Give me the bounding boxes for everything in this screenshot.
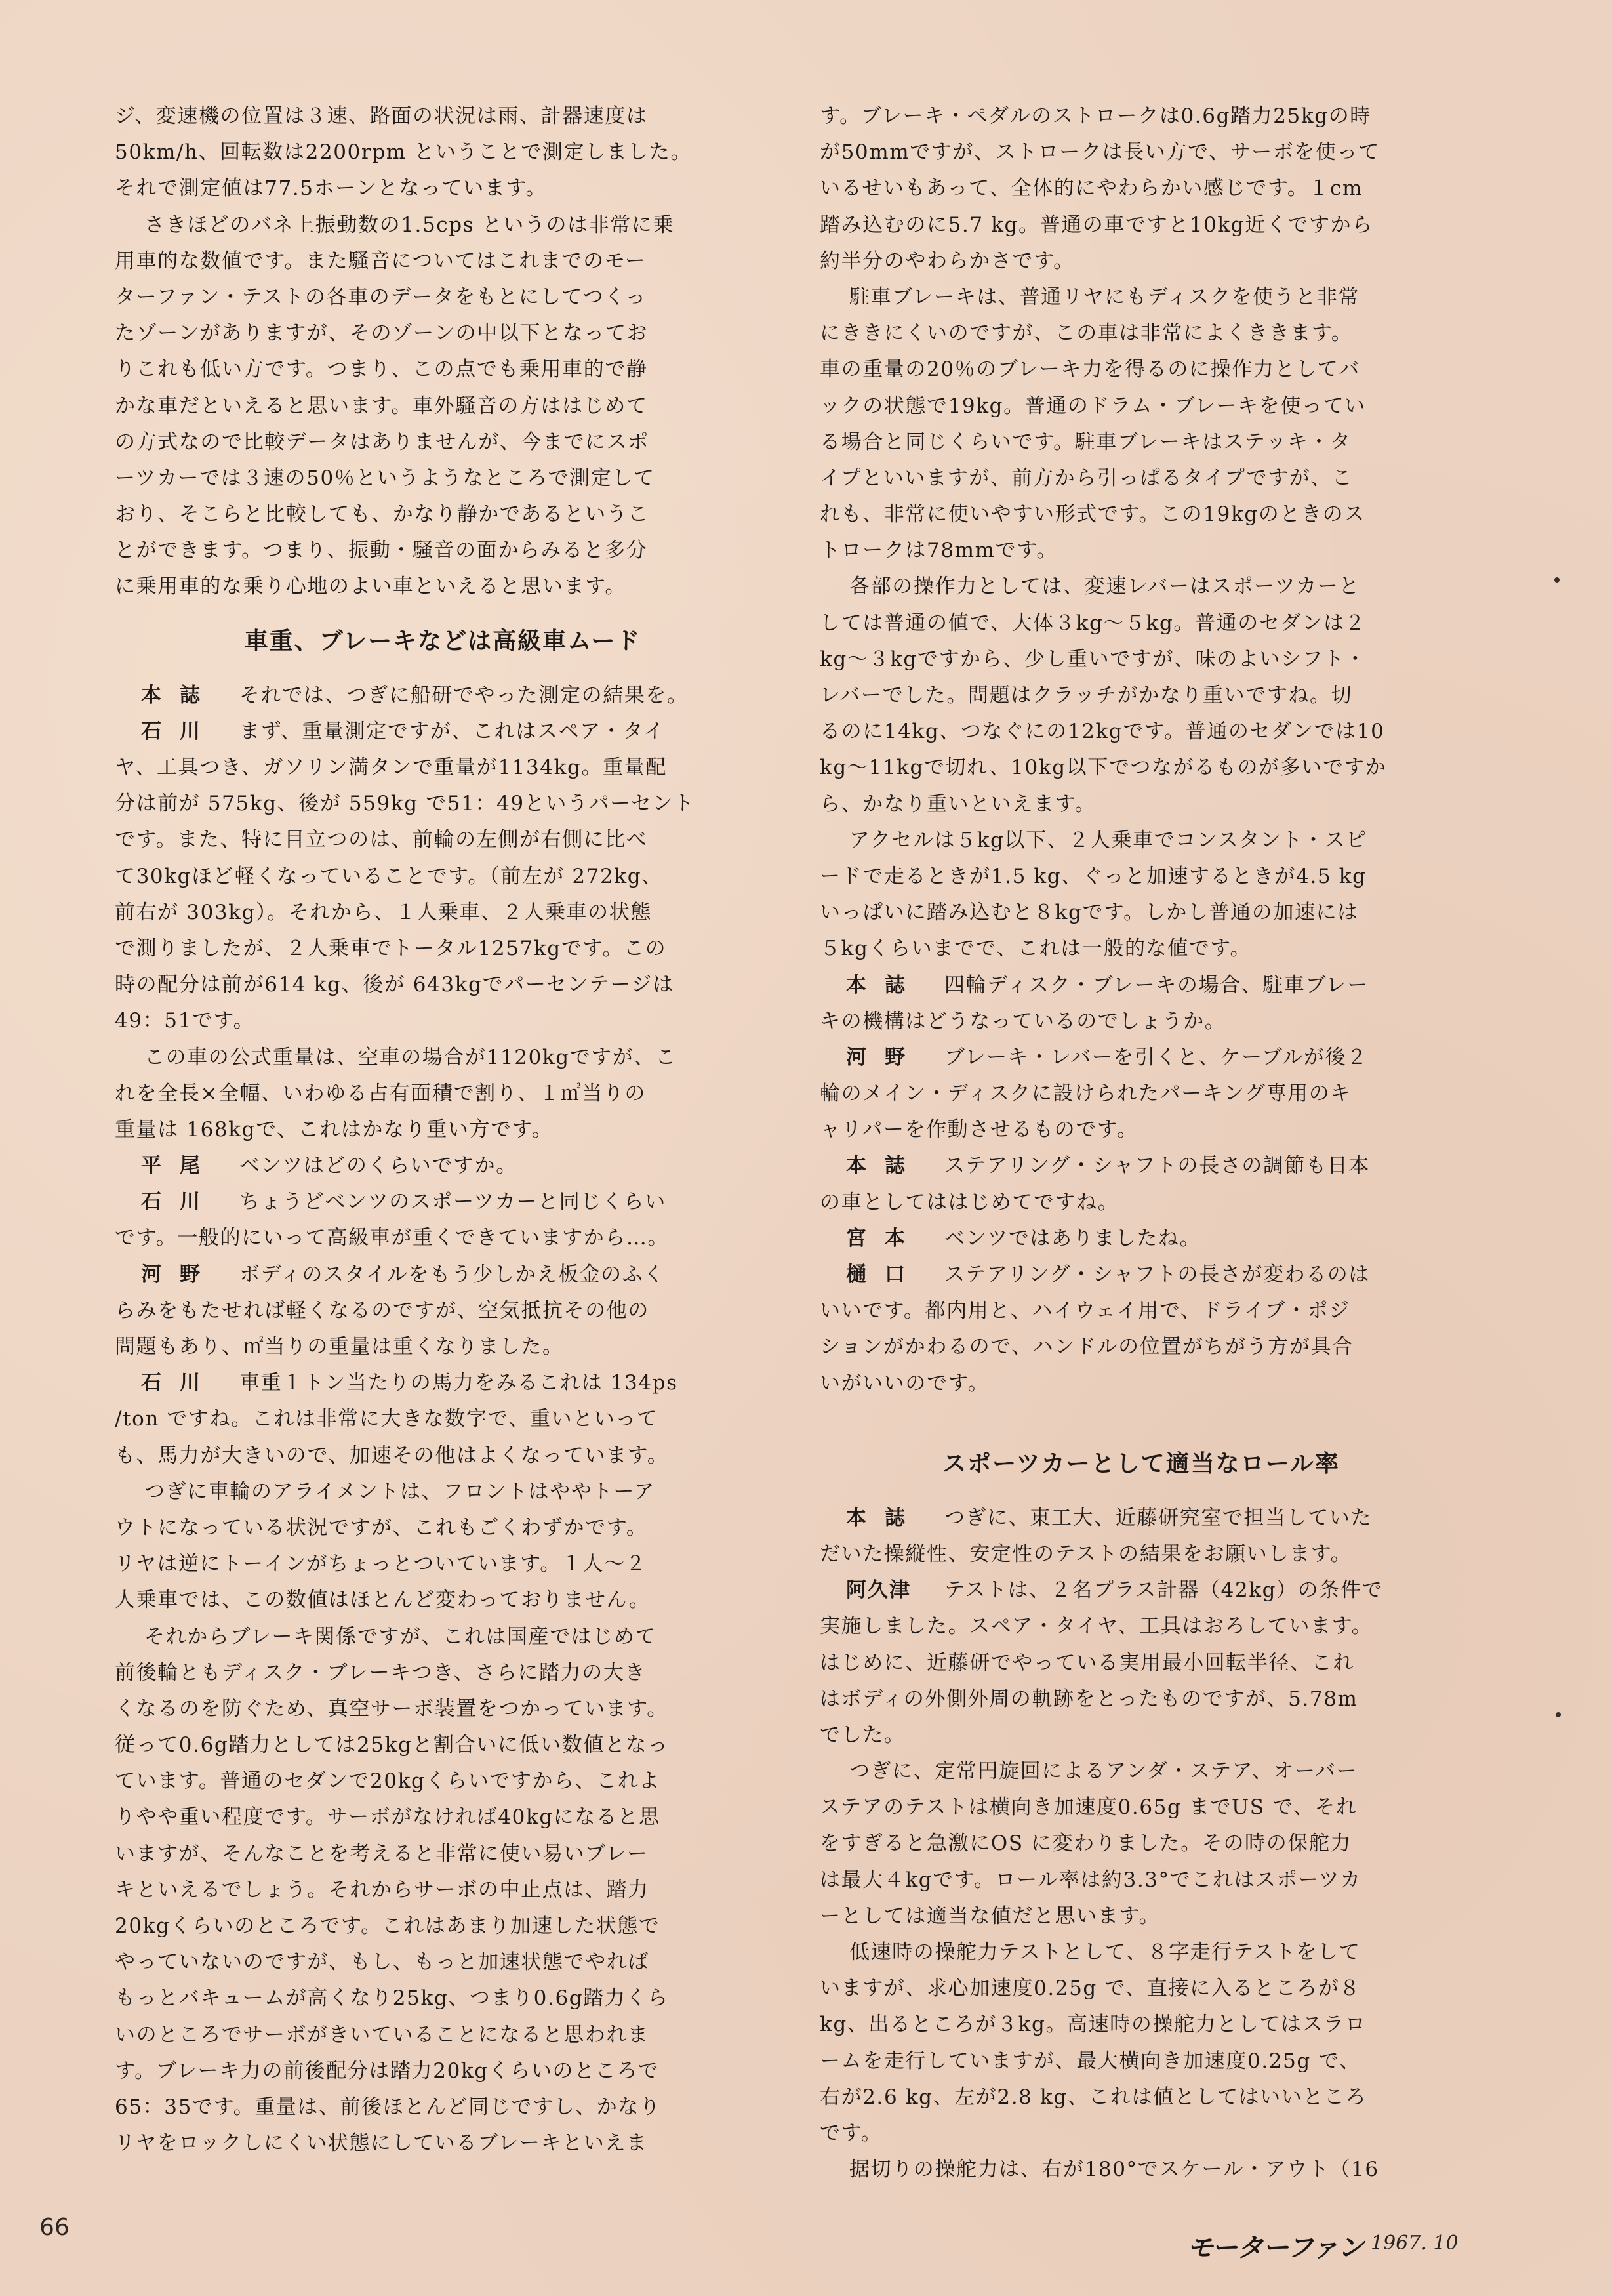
- line-text: 重量は 168kgで、これはかなり重い方です。: [115, 1118, 553, 1141]
- text-line: りこれも低い方です。つまり、この点でも乗用車的で静: [115, 352, 771, 388]
- line-text: 四輪ディスク・ブレーキの場合、駐車ブレー: [944, 974, 1369, 997]
- line-text: 用車的な数値です。また騒音についてはこれまでのモー: [115, 249, 647, 273]
- text-line: は最大４kgです。ロール率は約3.3°でこれはスポーツカ: [820, 1862, 1462, 1898]
- line-text: いがいいのです。: [820, 1372, 989, 1395]
- left-column: ジ、変速機の位置は３速、路面の状況は雨、計器速度は50km/h、回転数は2200…: [115, 98, 771, 2162]
- line-text: に乗用車的な乗り心地のよい車といえると思います。: [115, 575, 626, 598]
- line-text: イプといいますが、前方から引っぱるタイプですが、こ: [820, 466, 1353, 490]
- speaker-name: 樋口: [820, 1257, 944, 1293]
- text-line: で測りましたが、２人乗車でトータル1257kgです。この: [115, 931, 771, 967]
- line-text: らみをもたせれば軽くなるのですが、空気抵抗その他の: [115, 1299, 649, 1322]
- line-text: ています。普通のセダンで20kgくらいですから、これよ: [115, 1769, 660, 1793]
- speaker-name: 石川: [115, 1184, 239, 1220]
- line-text: はボディの外側外周の軌跡をとったものですが、5.78m: [820, 1687, 1358, 1711]
- line-text: ボディのスタイルをもう少しかえ板金のふく: [239, 1263, 665, 1286]
- text-line: つぎに車輪のアライメントは、フロントはややトーア: [115, 1474, 771, 1510]
- issue-date: 1967. 10: [1371, 2232, 1459, 2255]
- line-text: でした。: [820, 1723, 905, 1747]
- line-text: す。ブレーキ・ペダルのストロークは0.6g踏力25kgの時: [820, 104, 1371, 128]
- line-text: ブレーキ・レバーを引くと、ケーブルが後２: [944, 1046, 1368, 1069]
- line-text: kg～11kgで切れ、10kg以下でつながるものが多いですか: [820, 756, 1387, 779]
- line-text: kg、出るところが３kg。高速時の操舵力としてはスラロ: [820, 2013, 1366, 2036]
- line-text: 駐車ブレーキは、普通リヤにもディスクを使うと非常: [849, 285, 1360, 309]
- text-line: /ton ですね。これは非常に大きな数字で、重いといって: [115, 1401, 771, 1437]
- speaker-name: 阿久津: [820, 1572, 944, 1609]
- line-text: 65：35です。重量は、前後ほとんど同じですし、かなり: [115, 2095, 661, 2119]
- line-text: です。また、特に目立つのは、前輪の左側が右側に比べ: [115, 828, 648, 851]
- text-line: ら、かなり重いといえます。: [820, 787, 1462, 823]
- line-text: おり、そこらと比較しても、かなり静かであるというこ: [115, 502, 649, 526]
- speaker-name: 河野: [115, 1257, 239, 1293]
- line-text: まず、重量測定ですが、これはスペア・タイ: [239, 720, 665, 743]
- text-line: 分は前が 575kg、後が 559kg で51：49というパーセント: [115, 786, 771, 822]
- dialogue-line: 本誌それでは、つぎに船研でやった測定の結果を。: [115, 678, 771, 714]
- text-line: ５kgくらいまでで、これは一般的な値です。: [820, 931, 1462, 967]
- dialogue-line: 宮本ベンツではありましたね。: [820, 1221, 1462, 1257]
- text-line: キの機構はどうなっているのでしょうか。: [820, 1004, 1462, 1040]
- text-line: ターファン・テストの各車のデータをもとにしてつくっ: [115, 279, 771, 316]
- line-text: る場合と同じくらいです。駐車ブレーキはステッキ・タ: [820, 430, 1352, 454]
- line-text: の方式なので比較データはありませんが、今までにスポ: [115, 430, 649, 454]
- binding-hole-mark: [1554, 577, 1560, 583]
- line-text: つぎに、東工大、近藤研究室で担当していた: [944, 1506, 1372, 1530]
- page-number: 66: [39, 2214, 70, 2241]
- line-text: たゾーンがありますが、そのゾーンの中以下となってお: [115, 321, 648, 345]
- text-line: ています。普通のセダンで20kgくらいですから、これよ: [115, 1763, 771, 1799]
- line-text: 各部の操作力としては、変速レバーはスポーツカーと: [849, 575, 1360, 598]
- line-text: いいです。都内用と、ハイウェイ用で、ドライブ・ポジ: [820, 1299, 1350, 1322]
- line-text: この車の公式重量は、空車の場合が1120kgですが、こ: [144, 1046, 677, 1069]
- line-text: いっぱいに踏み込むと８kgです。しかし普通の加速には: [820, 901, 1359, 924]
- text-line: れも、非常に使いやすい形式です。この19kgのときのス: [820, 497, 1462, 533]
- text-line: りやや重い程度です。サーボがなければ40kgになると思: [115, 1799, 771, 1835]
- spacer: [820, 1402, 1462, 1428]
- binding-hole-mark: [1556, 1712, 1561, 1717]
- line-text: 問題もあり、㎡当りの重量は重くなりました。: [115, 1335, 564, 1359]
- text-line: です。: [820, 2116, 1462, 2152]
- text-line: kg、出るところが３kg。高速時の操舵力としてはスラロ: [820, 2007, 1462, 2043]
- line-text: だいた操縦性、安定性のテストの結果をお願いします。: [820, 1542, 1352, 1566]
- line-text: はじめに、近藤研でやっている実用最小回転半径、これ: [820, 1651, 1354, 1675]
- line-text: それでは、つぎに船研でやった測定の結果を。: [239, 684, 689, 707]
- text-line: 65：35です。重量は、前後ほとんど同じですし、かなり: [115, 2089, 771, 2125]
- speaker-name: 本誌: [820, 968, 944, 1004]
- text-line: トロークは78mmです。: [820, 533, 1462, 569]
- text-line: いるせいもあって、全体的にやわらかい感じです。１cm: [820, 171, 1462, 207]
- dialogue-line: 阿久津テストは、２名プラス計器（42kg）の条件で: [820, 1572, 1462, 1609]
- section-heading: 車重、ブレーキなどは高級車ムード: [115, 605, 771, 678]
- text-line: に乗用車的な乗り心地のよい車といえると思います。: [115, 569, 771, 605]
- speaker-name: 本誌: [820, 1500, 944, 1536]
- dialogue-line: 本誌つぎに、東工大、近藤研究室で担当していた: [820, 1500, 1462, 1536]
- line-text: ウトになっている状況ですが、これもごくわずかです。: [115, 1516, 648, 1540]
- text-line: です。一般的にいって高級車が重くできていますから…。: [115, 1220, 771, 1256]
- line-text: ５kgくらいまでで、これは一般的な値です。: [820, 937, 1251, 960]
- text-line: 従って0.6g踏力としては25kgと割合いに低い数値となっ: [115, 1727, 771, 1763]
- text-line: アクセルは５kg以下、２人乗車でコンスタント・スピ: [820, 823, 1462, 859]
- speaker-name: 宮本: [820, 1221, 944, 1257]
- text-line: ームを走行していますが、最大横向き加速度0.25g で、: [820, 2043, 1462, 2080]
- text-line: 実施しました。スペア・タイヤ、工具はおろしています。: [820, 1609, 1462, 1645]
- line-text: の車としてははじめてですね。: [820, 1191, 1119, 1214]
- text-line: kg～11kgで切れ、10kg以下でつながるものが多いですか: [820, 750, 1462, 786]
- text-line: いますが、求心加速度0.25g で、直接に入るところが８: [820, 1971, 1462, 2007]
- text-line: ションがかわるので、ハンドルの位置がちがう方が具合: [820, 1329, 1462, 1365]
- line-text: 人乗車では、この数値はほとんど変わっておりません。: [115, 1588, 651, 1612]
- text-line: らみをもたせれば軽くなるのですが、空気抵抗その他の: [115, 1293, 771, 1329]
- speaker-name: 本誌: [115, 678, 239, 714]
- line-text: で測りましたが、２人乗車でトータル1257kgです。この: [115, 937, 666, 960]
- line-text: 据切りの操舵力は、右が180°でスケール・アウト（16: [849, 2158, 1379, 2181]
- text-line: リヤは逆にトーインがちょっとついています。１人～２: [115, 1546, 771, 1582]
- text-line: 踏み込むのに5.7 kg。普通の車ですと10kg近くですから: [820, 207, 1462, 243]
- line-text: 輪のメイン・ディスクに設けられたパーキング専用のキ: [820, 1082, 1352, 1105]
- speaker-name: 河野: [820, 1040, 944, 1076]
- line-text: もっとバキュームが高くなり25kg、つまり0.6g踏力くら: [115, 1986, 669, 2010]
- text-line: をすぎると急激にOS に変わりました。その時の保舵力: [820, 1826, 1462, 1862]
- line-text: キといえるでしょう。それからサーボの中止点は、踏力: [115, 1878, 649, 1902]
- line-text: ステアのテストは横向き加速度0.65g までUS で、それ: [820, 1795, 1358, 1819]
- text-line: いがいいのです。: [820, 1366, 1462, 1402]
- text-line: にききにくいのですが、この車は非常によくききます。: [820, 316, 1462, 352]
- text-line: るのに14kg、つなぐにの12kgです。普通のセダンでは10: [820, 714, 1462, 750]
- line-text: にききにくいのですが、この車は非常によくききます。: [820, 321, 1353, 345]
- line-text: が50mmですが、ストロークは長い方で、サーボを使って: [820, 140, 1380, 164]
- text-line: だいた操縦性、安定性のテストの結果をお願いします。: [820, 1536, 1462, 1572]
- text-line: も、馬力が大きいので、加速その他はよくなっています。: [115, 1438, 771, 1474]
- text-line: 重量は 168kgで、これはかなり重い方です。: [115, 1112, 771, 1148]
- speaker-name: 石川: [115, 714, 239, 750]
- text-line: 車の重量の20％のブレーキ力を得るのに操作力としてバ: [820, 352, 1462, 388]
- text-line: 駐車ブレーキは、普通リヤにもディスクを使うと非常: [820, 279, 1462, 316]
- line-text: 20kgくらいのところです。これはあまり加速した状態で: [115, 1914, 660, 1938]
- line-text: ベンツではありましたね。: [944, 1227, 1201, 1250]
- magazine-page: ジ、変速機の位置は３速、路面の状況は雨、計器速度は50km/h、回転数は2200…: [0, 0, 1612, 2296]
- text-line: おり、そこらと比較しても、かなり静かであるというこ: [115, 497, 771, 533]
- speaker-name: 石川: [115, 1365, 239, 1401]
- text-line: す。ブレーキ力の前後配分は踏力20kgくらいのところで: [115, 2053, 771, 2089]
- line-text: ションがかわるので、ハンドルの位置がちがう方が具合: [820, 1335, 1354, 1359]
- line-text: は最大４kgです。ロール率は約3.3°でこれはスポーツカ: [820, 1868, 1361, 1892]
- line-text: ードで走るときが1.5 kg、ぐっと加速するときが4.5 kg: [820, 865, 1367, 888]
- line-text: リヤは逆にトーインがちょっとついています。１人～２: [115, 1552, 647, 1576]
- dialogue-line: 本誌四輪ディスク・ブレーキの場合、駐車ブレー: [820, 968, 1462, 1004]
- text-line: もっとバキュームが高くなり25kg、つまり0.6g踏力くら: [115, 1980, 771, 2017]
- line-text: いますが、求心加速度0.25g で、直接に入るところが８: [820, 1977, 1361, 2000]
- line-text: kg～３kgですから、少し重いですが、味のよいシフト・: [820, 647, 1366, 671]
- line-text: それからブレーキ関係ですが、これは国産ではじめて: [144, 1625, 656, 1649]
- line-text: それで測定値は77.5ホーンとなっています。: [115, 176, 547, 200]
- line-text: ターファン・テストの各車のデータをもとにしてつくっ: [115, 285, 647, 309]
- text-line: この車の公式重量は、空車の場合が1120kgですが、こ: [115, 1040, 771, 1076]
- line-text: れも、非常に使いやすい形式です。この19kgのときのス: [820, 502, 1365, 526]
- line-text: も、馬力が大きいので、加速その他はよくなっています。: [115, 1444, 669, 1467]
- text-line: て30kgほど軽くなっていることです。（前左が 272kg、: [115, 859, 771, 895]
- text-line: ャリパーを作動させるものです。: [820, 1112, 1462, 1148]
- line-text: れを全長×全幅、いわゆる占有面積で割り、１㎡当りの: [115, 1082, 646, 1105]
- text-line: kg～３kgですから、少し重いですが、味のよいシフト・: [820, 642, 1462, 678]
- speaker-name: 平尾: [115, 1148, 239, 1184]
- line-text: キの機構はどうなっているのでしょうか。: [820, 1010, 1226, 1033]
- text-line: れを全長×全幅、いわゆる占有面積で割り、１㎡当りの: [115, 1076, 771, 1112]
- text-line: いのところでサーボがきいていることになると思われま: [115, 2017, 771, 2053]
- line-text: 車重１トン当たりの馬力をみるこれは 134ps: [239, 1371, 678, 1395]
- line-text: 50km/h、回転数は2200rpm ということで測定しました。: [115, 140, 692, 164]
- line-text: ヤ、工具つき、ガソリン満タンで重量が1134kg。重量配: [115, 756, 667, 779]
- line-text: 車の重量の20％のブレーキ力を得るのに操作力としてバ: [820, 358, 1360, 381]
- text-line: ヤ、工具つき、ガソリン満タンで重量が1134kg。重量配: [115, 750, 771, 786]
- line-text: リヤをロックしにくい状態にしているブレーキといえま: [115, 2131, 648, 2155]
- line-text: ステアリング・シャフトの長さが変わるのは: [944, 1263, 1370, 1286]
- text-line: リヤをロックしにくい状態にしているブレーキといえま: [115, 2125, 771, 2162]
- text-line: 低速時の操舵力テストとして、８字走行テストをして: [820, 1935, 1462, 1971]
- line-text: ックの状態で19kg。普通のドラム・ブレーキを使ってい: [820, 394, 1366, 418]
- text-line: イプといいますが、前方から引っぱるタイプですが、こ: [820, 461, 1462, 497]
- text-line: はボディの外側外周の軌跡をとったものですが、5.78m: [820, 1681, 1462, 1717]
- text-line: ジ、変速機の位置は３速、路面の状況は雨、計器速度は: [115, 98, 771, 134]
- line-text: 49：51です。: [115, 1009, 254, 1033]
- line-text: さきほどのバネ上振動数の1.5cps というのは非常に乗: [144, 213, 674, 237]
- line-text: 前後輪ともディスク・ブレーキつき、さらに踏力の大き: [115, 1661, 646, 1685]
- line-text: す。ブレーキ力の前後配分は踏力20kgくらいのところで: [115, 2059, 659, 2083]
- line-text: て30kgほど軽くなっていることです。（前左が 272kg、: [115, 865, 663, 888]
- line-text: ちょうどベンツのスポーツカーと同じくらい: [239, 1190, 666, 1214]
- line-text: トロークは78mmです。: [820, 539, 1058, 562]
- dialogue-line: 石川ちょうどベンツのスポーツカーと同じくらい: [115, 1184, 771, 1220]
- line-text: ベンツはどのくらいですか。: [239, 1154, 517, 1178]
- text-line: キといえるでしょう。それからサーボの中止点は、踏力: [115, 1872, 771, 1908]
- text-line: 約半分のやわらかさです。: [820, 243, 1462, 279]
- text-line: 右が2.6 kg、左が2.8 kg、これは値としてはいいところ: [820, 2080, 1462, 2116]
- text-line: 前後輪ともディスク・ブレーキつき、さらに踏力の大き: [115, 1655, 771, 1691]
- right-column: す。ブレーキ・ペダルのストロークは0.6g踏力25kgの時が50mmですが、スト…: [820, 98, 1462, 2188]
- line-text: 右が2.6 kg、左が2.8 kg、これは値としてはいいところ: [820, 2085, 1367, 2109]
- line-text: ームを走行していますが、最大横向き加速度0.25g で、: [820, 2049, 1361, 2073]
- line-text: るのに14kg、つなぐにの12kgです。普通のセダンでは10: [820, 720, 1384, 743]
- line-text: ーツカーでは３速の50％というようなところで測定して: [115, 466, 655, 490]
- dialogue-line: 樋口ステアリング・シャフトの長さが変わるのは: [820, 1257, 1462, 1293]
- dialogue-line: 石川車重１トン当たりの馬力をみるこれは 134ps: [115, 1365, 771, 1401]
- line-text: ステアリング・シャフトの長さの調節も日本: [944, 1154, 1370, 1178]
- text-line: いますが、そんなことを考えると非常に使い易いブレー: [115, 1836, 771, 1872]
- line-text: レバーでした。問題はクラッチがかなり重いですね。切: [820, 684, 1352, 707]
- text-line: つぎに、定常円旋回によるアンダ・ステア、オーバー: [820, 1753, 1462, 1790]
- line-text: くなるのを防ぐため、真空サーボ装置をつかっています。: [115, 1697, 668, 1721]
- dialogue-line: 石川まず、重量測定ですが、これはスペア・タイ: [115, 714, 771, 750]
- line-text: しては普通の値で、大体３kg～５kg。普通のセダンは２: [820, 611, 1366, 635]
- text-line: 各部の操作力としては、変速レバーはスポーツカーと: [820, 569, 1462, 605]
- line-text: /ton ですね。これは非常に大きな数字で、重いといって: [115, 1407, 658, 1431]
- line-text: です。: [820, 2122, 882, 2145]
- text-line: やっていないのですが、もし、もっと加速状態でやれば: [115, 1944, 771, 1980]
- line-text: 分は前が 575kg、後が 559kg で51：49というパーセント: [115, 792, 695, 815]
- text-line: 問題もあり、㎡当りの重量は重くなりました。: [115, 1329, 771, 1365]
- text-line: 時の配分は前が614 kg、後が 643kgでパーセンテージは: [115, 967, 771, 1003]
- text-line: くなるのを防ぐため、真空サーボ装置をつかっています。: [115, 1691, 771, 1727]
- text-line: ウトになっている状況ですが、これもごくわずかです。: [115, 1510, 771, 1546]
- text-line: です。また、特に目立つのは、前輪の左側が右側に比べ: [115, 822, 771, 858]
- line-text: いのところでサーボがきいていることになると思われま: [115, 2023, 649, 2047]
- text-line: 人乗車では、この数値はほとんど変わっておりません。: [115, 1582, 771, 1618]
- text-line: さきほどのバネ上振動数の1.5cps というのは非常に乗: [115, 207, 771, 243]
- text-line: 用車的な数値です。また騒音についてはこれまでのモー: [115, 243, 771, 279]
- line-text: いますが、そんなことを考えると非常に使い易いブレー: [115, 1842, 649, 1866]
- line-text: 前右が 303kg）。それから、１人乗車、２人乗車の状態: [115, 901, 652, 924]
- line-text: やっていないのですが、もし、もっと加速状態でやれば: [115, 1950, 649, 1974]
- text-line: 50km/h、回転数は2200rpm ということで測定しました。: [115, 134, 771, 171]
- line-text: アクセルは５kg以下、２人乗車でコンスタント・スピ: [849, 829, 1367, 852]
- text-line: とができます。つまり、振動・騒音の面からみると多分: [115, 533, 771, 569]
- text-line: でした。: [820, 1717, 1462, 1753]
- speaker-name: 本誌: [820, 1148, 944, 1184]
- text-line: 据切りの操舵力は、右が180°でスケール・アウト（16: [820, 2152, 1462, 2188]
- line-text: です。一般的にいって高級車が重くできていますから…。: [115, 1226, 669, 1250]
- line-text: 実施しました。スペア・タイヤ、工具はおろしています。: [820, 1614, 1373, 1638]
- line-text: りやや重い程度です。サーボがなければ40kgになると思: [115, 1805, 660, 1829]
- dialogue-line: 平尾ベンツはどのくらいですか。: [115, 1148, 771, 1184]
- text-line: が50mmですが、ストロークは長い方で、サーボを使って: [820, 134, 1462, 171]
- text-line: す。ブレーキ・ペダルのストロークは0.6g踏力25kgの時: [820, 98, 1462, 134]
- text-line: ステアのテストは横向き加速度0.65g までUS で、それ: [820, 1790, 1462, 1826]
- text-line: それで測定値は77.5ホーンとなっています。: [115, 171, 771, 207]
- line-text: 従って0.6g踏力としては25kgと割合いに低い数値となっ: [115, 1733, 669, 1757]
- text-line: たゾーンがありますが、そのゾーンの中以下となってお: [115, 316, 771, 352]
- text-line: る場合と同じくらいです。駐車ブレーキはステッキ・タ: [820, 424, 1462, 461]
- text-line: しては普通の値で、大体３kg～５kg。普通のセダンは２: [820, 605, 1462, 642]
- line-text: りこれも低い方です。つまり、この点でも乗用車的で静: [115, 358, 648, 381]
- text-line: ードで走るときが1.5 kg、ぐっと加速するときが4.5 kg: [820, 859, 1462, 895]
- text-line: かな車だといえると思います。車外騒音の方ははじめて: [115, 388, 771, 424]
- text-line: の車としてははじめてですね。: [820, 1185, 1462, 1221]
- text-line: ックの状態で19kg。普通のドラム・ブレーキを使ってい: [820, 388, 1462, 424]
- dialogue-line: 河野ボディのスタイルをもう少しかえ板金のふく: [115, 1257, 771, 1293]
- line-text: かな車だといえると思います。車外騒音の方ははじめて: [115, 394, 648, 418]
- line-text: ーとしては適当な値だと思います。: [820, 1904, 1160, 1928]
- section-heading: スポーツカーとして適当なロール率: [820, 1428, 1462, 1500]
- line-text: 約半分のやわらかさです。: [820, 249, 1075, 273]
- magazine-title: モーターファン: [1187, 2227, 1363, 2265]
- line-text: ジ、変速機の位置は３速、路面の状況は雨、計器速度は: [115, 104, 648, 128]
- text-line: 前右が 303kg）。それから、１人乗車、２人乗車の状態: [115, 895, 771, 931]
- line-text: いるせいもあって、全体的にやわらかい感じです。１cm: [820, 176, 1363, 200]
- text-line: レバーでした。問題はクラッチがかなり重いですね。切: [820, 678, 1462, 714]
- text-line: の方式なので比較データはありませんが、今までにスポ: [115, 424, 771, 461]
- dialogue-line: 本誌ステアリング・シャフトの長さの調節も日本: [820, 1148, 1462, 1184]
- text-line: いいです。都内用と、ハイウェイ用で、ドライブ・ポジ: [820, 1293, 1462, 1329]
- text-line: ーとしては適当な値だと思います。: [820, 1898, 1462, 1935]
- line-text: とができます。つまり、振動・騒音の面からみると多分: [115, 539, 648, 562]
- text-line: ーツカーでは３速の50％というようなところで測定して: [115, 461, 771, 497]
- dialogue-line: 河野ブレーキ・レバーを引くと、ケーブルが後２: [820, 1040, 1462, 1076]
- text-line: いっぱいに踏み込むと８kgです。しかし普通の加速には: [820, 895, 1462, 931]
- line-text: ら、かなり重いといえます。: [820, 792, 1096, 816]
- line-text: 時の配分は前が614 kg、後が 643kgでパーセンテージは: [115, 973, 674, 996]
- line-text: をすぎると急激にOS に変わりました。その時の保舵力: [820, 1832, 1352, 1855]
- line-text: 低速時の操舵力テストとして、８字走行テストをして: [849, 1940, 1360, 1964]
- line-text: 踏み込むのに5.7 kg。普通の車ですと10kg近くですから: [820, 213, 1373, 237]
- line-text: テストは、２名プラス計器（42kg）の条件で: [944, 1578, 1383, 1602]
- line-text: つぎに車輪のアライメントは、フロントはややトーア: [144, 1480, 655, 1504]
- text-line: それからブレーキ関係ですが、これは国産ではじめて: [115, 1619, 771, 1655]
- text-line: 輪のメイン・ディスクに設けられたパーキング専用のキ: [820, 1076, 1462, 1112]
- text-line: はじめに、近藤研でやっている実用最小回転半径、これ: [820, 1645, 1462, 1681]
- line-text: つぎに、定常円旋回によるアンダ・ステア、オーバー: [849, 1759, 1358, 1783]
- text-line: 20kgくらいのところです。これはあまり加速した状態で: [115, 1908, 771, 1944]
- line-text: ャリパーを作動させるものです。: [820, 1118, 1138, 1141]
- text-line: 49：51です。: [115, 1003, 771, 1039]
